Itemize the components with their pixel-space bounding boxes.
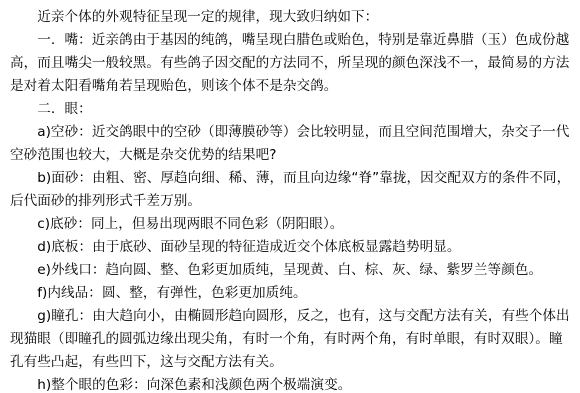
eye-item-b: b)面砂：由粗、密、厚趋向细、稀、薄，而且向边缘“脊”靠拢，因交配双方的条件不同… <box>10 167 572 213</box>
eye-item-c: c)底砂：同上，但易出现两眼不同色彩（阴阳眼）。 <box>10 213 572 236</box>
eye-item-h: h)整个眼的色彩：向深色素和浅颜色两个极端演变。 <box>10 374 572 393</box>
eye-item-a: a)空砂：近交鸽眼中的空砂（即薄膜砂等）会比较明显，而且空间范围增大，杂交子一代… <box>10 121 572 167</box>
eye-item-g: g)瞳孔：由大趋向小，由椭圆形趋向圆形，反之，也有，这与交配方法有关，有些个体出… <box>10 305 572 374</box>
eye-item-f: f)内线品：圆、整，有弹性，色彩更加质纯。 <box>10 282 572 305</box>
intro-paragraph: 近亲个体的外观特征呈现一定的规律，现大致归纳如下： <box>10 6 572 29</box>
beak-paragraph: 一．嘴：近亲鸽由于基因的纯鸽，嘴呈现白腊色或贻色，特别是靠近鼻腊（玉）色成份越高… <box>10 29 572 98</box>
eye-item-d: d)底板：由于底砂、面砂呈现的特征造成近交个体底板显露趋势明显。 <box>10 236 572 259</box>
document-body: 近亲个体的外观特征呈现一定的规律，现大致归纳如下： 一．嘴：近亲鸽由于基因的纯鸽… <box>10 6 572 393</box>
eye-item-e: e)外线口：趋向圆、整、色彩更加质纯，呈现黄、白、棕、灰、绿、紫罗兰等颜色。 <box>10 259 572 282</box>
eye-heading: 二．眼： <box>10 98 572 121</box>
